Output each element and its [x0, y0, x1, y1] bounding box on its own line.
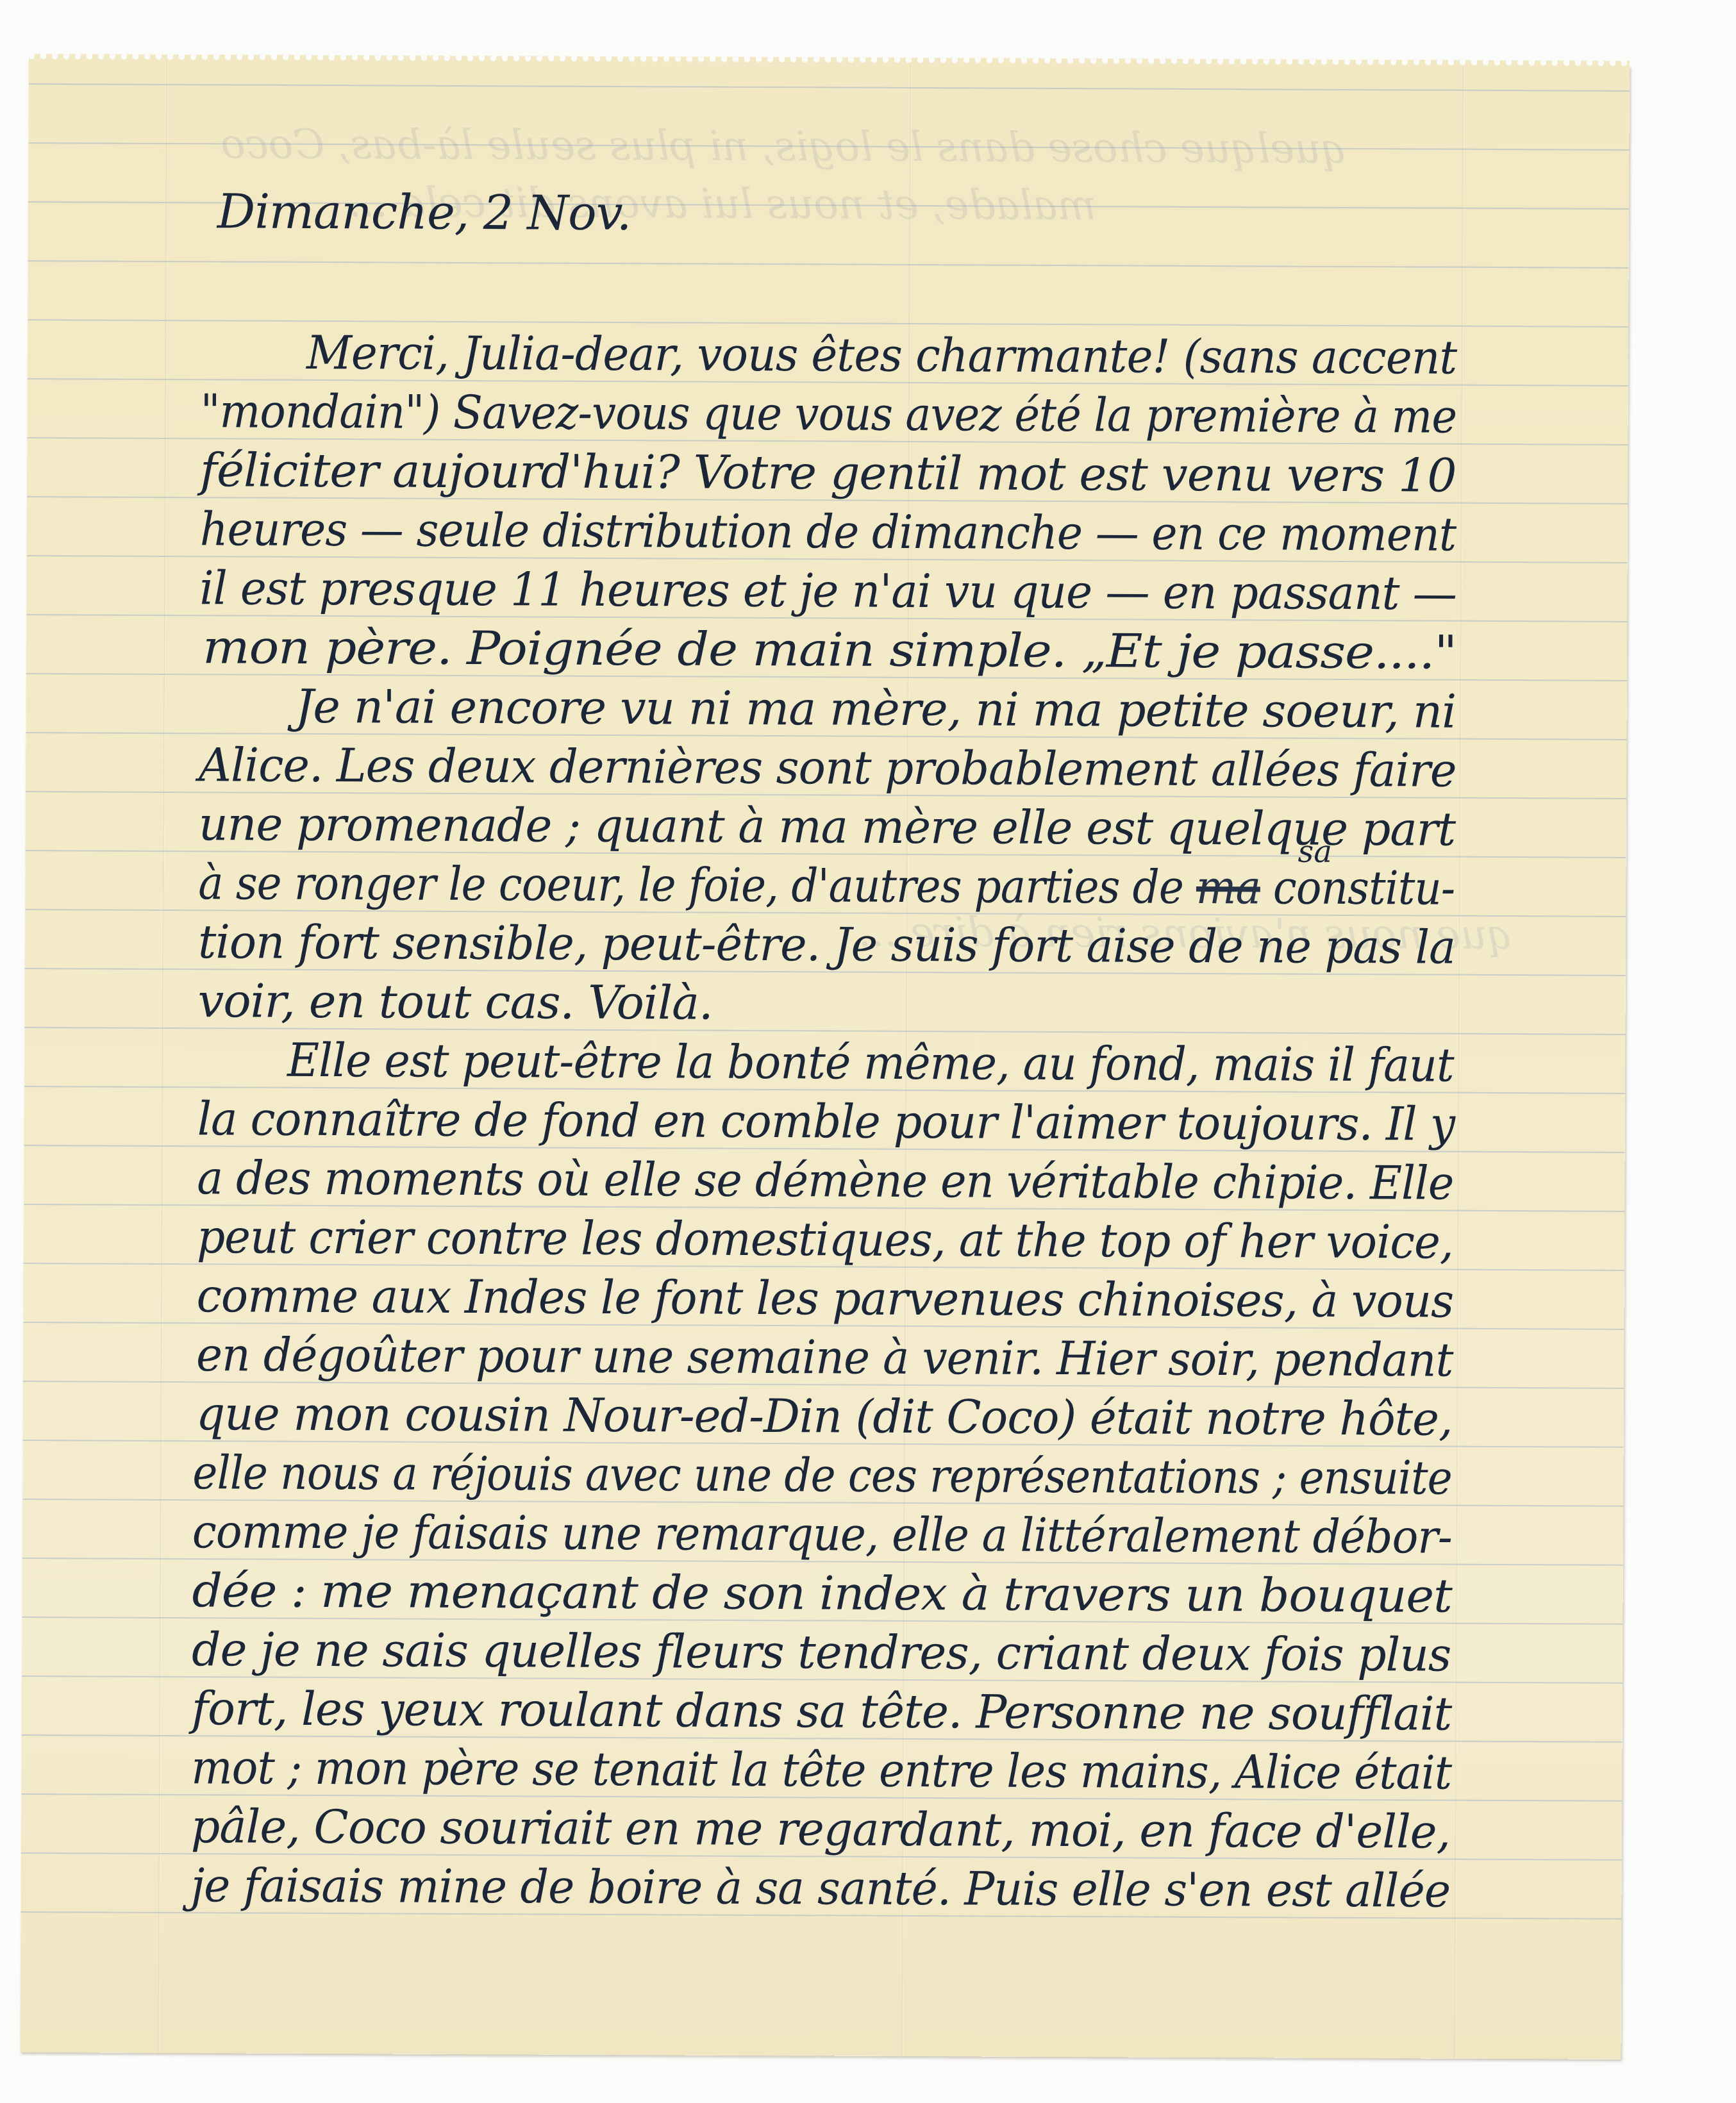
letter-line: en dégoûter pour une semaine à venir. Hi…: [196, 1331, 1453, 1383]
inserted-correction: sa: [1298, 834, 1332, 870]
letter-line: il est presque 11 heures et je n'ai vu q…: [199, 565, 1456, 617]
letter-line: de je ne sais quelles fleurs tendres, cr…: [192, 1626, 1451, 1678]
letter-line: "mondain") Savez-vous que vous avez été …: [200, 388, 1456, 440]
letter-line: mon père. Poignée de main simple. „Et je…: [203, 624, 1456, 676]
letter-line: heures — seule distribution de dimanche …: [200, 506, 1456, 558]
letter-line: peut crier contre les domestiques, at th…: [197, 1213, 1453, 1265]
letter-line: pâle, Coco souriait en me regardant, moi…: [191, 1803, 1451, 1855]
letter-line: Elle est peut-être la bonté même, au fon…: [287, 1037, 1454, 1088]
letter-line: féliciter aujourd'hui? Votre gentil mot …: [200, 447, 1456, 499]
letter-line: je faisais mine de boire à sa santé. Pui…: [190, 1862, 1450, 1914]
letter-line: tion fort sensible, peut-être. Je suis f…: [198, 919, 1455, 970]
letter-body: Dimanche, 2 Nov. Merci, Julia-dear, vous…: [20, 59, 1630, 2059]
letter-line: Je n'ai encore vu ni ma mère, ni ma peti…: [295, 683, 1456, 735]
letter-line: à se ronger le coeur, le foie, d'autres …: [198, 860, 1455, 911]
letter-line: Alice. Les deux dernières sont probablem…: [199, 742, 1456, 794]
letter-line: comme je faisais une remarque, elle a li…: [192, 1508, 1452, 1560]
letter-line: dée : me menaçant de son index à travers…: [192, 1567, 1451, 1619]
letter-line: fort, les yeux roulant dans sa tête. Per…: [192, 1685, 1452, 1737]
letter-line: mot ; mon père se tenait la tête entre l…: [191, 1744, 1451, 1796]
letter-line: la connaître de fond en comble pour l'ai…: [197, 1095, 1455, 1147]
letter-line: Merci, Julia-dear, vous êtes charmante! …: [306, 329, 1457, 381]
letter-line: a des moments où elle se démène en vérit…: [197, 1154, 1453, 1206]
letter-line: elle nous a réjouis avec une de ces repr…: [192, 1449, 1452, 1501]
letter-line: que mon cousin Nour-ed-Din (dit Coco) ét…: [196, 1390, 1453, 1442]
struck-word: ma: [1196, 860, 1260, 914]
letter-line: voir, en tout cas. Voilà.: [197, 977, 713, 1026]
letter-line: comme aux Indes le font les parvenues ch…: [196, 1272, 1453, 1324]
letter-sheet: quelque chose dans le logis, ni plus seu…: [20, 59, 1630, 2059]
letter-date: Dimanche, 2 Nov.: [217, 188, 631, 237]
line-segment: à se ronger le coeur, le foie, d'autres …: [198, 856, 1183, 914]
letter-line: une promenade ; quant à ma mère elle est…: [199, 801, 1456, 852]
